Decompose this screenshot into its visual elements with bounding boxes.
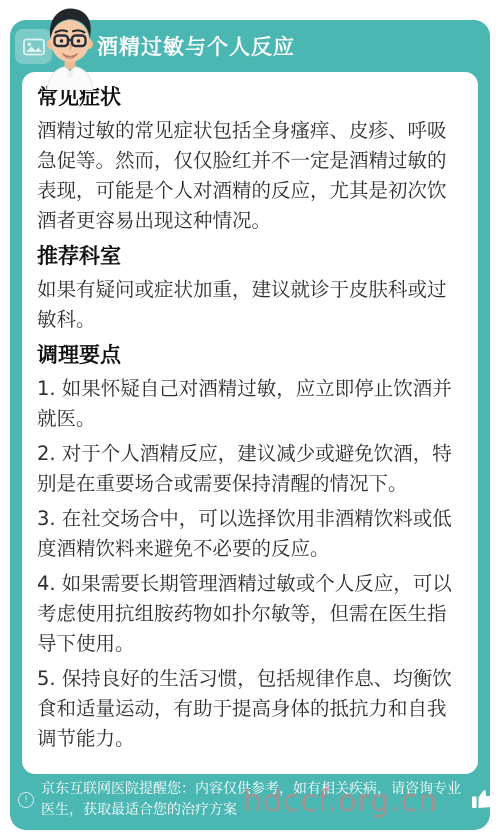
section-body-department: 如果有疑问或症状加重，建议就诊于皮肤科或过敏科。: [37, 275, 463, 335]
page: 酒精过敏与个人反应 常见症状 酒精过敏的常见症状包括全身瘙痒、皮疹、呼吸急促等。…: [0, 0, 500, 838]
info-icon: !: [18, 792, 34, 808]
section-heading-department: 推荐科室: [37, 243, 463, 270]
content-card: 常见症状 酒精过敏的常见症状包括全身瘙痒、皮疹、呼吸急促等。然而，仅仅脸红并不一…: [22, 72, 478, 774]
advice-item-2: 2. 对于个人酒精反应，建议减少或避免饮酒，特别是在重要场合或需要保持清醒的情况…: [37, 439, 463, 499]
advice-item-4: 4. 如果需要长期管理酒精过敏或个人反应，可以考虑使用抗组胺药物如扑尔敏等，但需…: [37, 569, 463, 659]
advice-item-5: 5. 保持良好的生活习惯，包括规律作息、均衡饮食和适量运动，有助于提高身体的抵抗…: [37, 664, 463, 754]
doctor-avatar: [34, 4, 106, 90]
section-heading-care-points: 调理要点: [37, 342, 463, 369]
card-title: 酒精过敏与个人反应: [97, 31, 295, 61]
footer-disclaimer: 京东互联网医院提醒您：内容仅供参考，如有相关疾病，请咨询专业医生，获取最适合您的…: [41, 779, 467, 821]
advice-item-1: 1. 如果怀疑自己对酒精过敏，应立即停止饮酒并就医。: [37, 374, 463, 434]
card-footer: ! 京东互联网医院提醒您：内容仅供参考，如有相关疾病，请咨询专业医生，获取最适合…: [10, 774, 490, 830]
section-body-symptoms: 酒精过敏的常见症状包括全身瘙痒、皮疹、呼吸急促等。然而，仅仅脸红并不一定是酒精过…: [37, 116, 463, 236]
thumbs-up-icon[interactable]: [469, 786, 496, 815]
card-header: 酒精过敏与个人反应: [10, 20, 490, 72]
advice-item-3: 3. 在社交场合中，可以选择饮用非酒精饮料或低度酒精饮料来避免不必要的反应。: [37, 504, 463, 564]
health-qa-card: 酒精过敏与个人反应 常见症状 酒精过敏的常见症状包括全身瘙痒、皮疹、呼吸急促等。…: [10, 20, 490, 830]
info-icon-glyph: !: [24, 796, 28, 805]
